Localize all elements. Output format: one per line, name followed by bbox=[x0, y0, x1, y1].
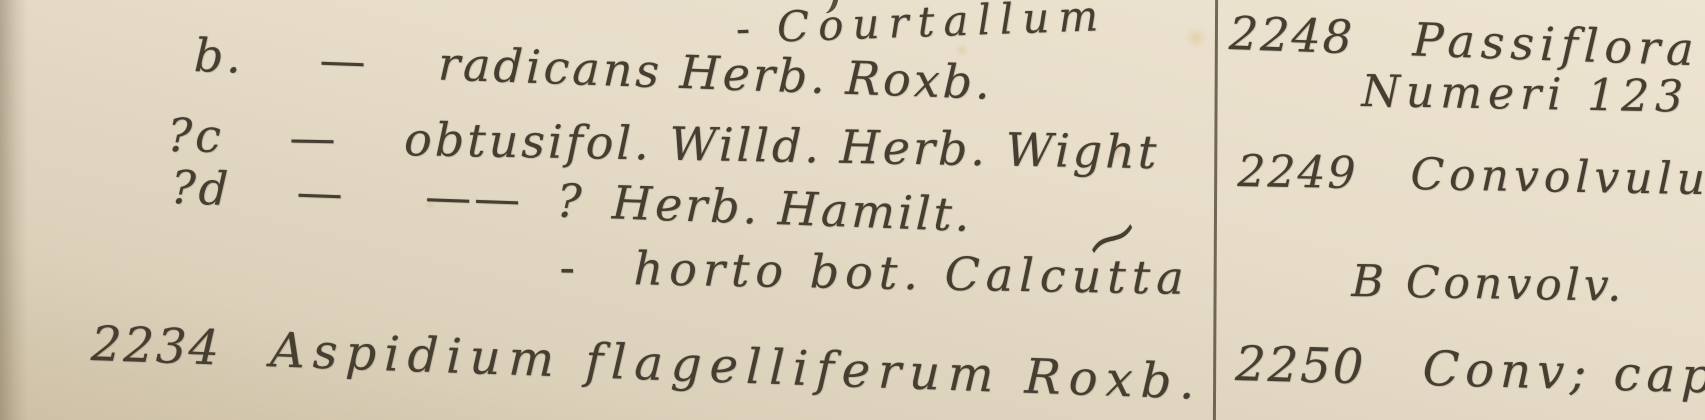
entry-line-b-convolv: B Convolv. bbox=[1351, 256, 1626, 312]
locality-line: -Courtallum bbox=[735, 0, 1108, 53]
entry-line-horto: - horto bot. Calcutta bbox=[559, 240, 1190, 305]
entry-number: 2248 bbox=[1228, 6, 1355, 64]
entry-text: obtusifol. Willd. Herb. Wight bbox=[404, 112, 1160, 179]
locality-text: Courtallum bbox=[776, 0, 1108, 52]
entry-text: Conv; cap bbox=[1422, 341, 1705, 405]
entry-number: 2250 bbox=[1235, 336, 1367, 395]
column-divider-rule bbox=[1213, 0, 1218, 420]
ditto-dash: — bbox=[319, 32, 370, 88]
entry-text: horto bot. Calcutta bbox=[633, 241, 1190, 305]
entry-line-numeri: Numeri 123 bbox=[1361, 66, 1690, 123]
entry-line-2248: 2248 Passiflora bbox=[1228, 6, 1700, 76]
ditto-long-dash: —— bbox=[424, 169, 524, 226]
scan-edge-shadow bbox=[0, 0, 28, 420]
entry-text: B Convolv. bbox=[1351, 256, 1626, 312]
entry-text: Convolvulus bbox=[1410, 149, 1705, 206]
ditto-dash: - bbox=[559, 240, 581, 294]
ditto-dash: — bbox=[289, 110, 339, 165]
entry-text: Aspidium flagelliferum Roxb. bbox=[269, 322, 1203, 411]
entry-number: 2234 bbox=[90, 316, 222, 377]
query-mark: ? bbox=[556, 173, 586, 228]
entry-text: Herb. Hamilt. bbox=[611, 175, 973, 242]
locality-prefix-dash: - bbox=[735, 3, 760, 53]
entry-number: 2249 bbox=[1237, 146, 1358, 199]
ditto-dash: — bbox=[296, 164, 347, 220]
entry-label: ?c bbox=[167, 108, 224, 163]
entry-text: Numeri 123 bbox=[1361, 66, 1690, 123]
entry-line-2250: 2250 Conv; cap bbox=[1235, 336, 1705, 405]
entry-line-2249: 2249 Convolvulus bbox=[1237, 146, 1705, 206]
entry-line-2234: 2234 Aspidium flagelliferum Roxb. bbox=[90, 316, 1204, 411]
entry-label: b. bbox=[193, 28, 245, 84]
manuscript-scan: -Courtallum b. — radicans Herb. Roxb. ?c… bbox=[0, 0, 1705, 420]
entry-text: radicans Herb. Roxb. bbox=[437, 37, 994, 110]
entry-label: ?d bbox=[170, 160, 232, 216]
